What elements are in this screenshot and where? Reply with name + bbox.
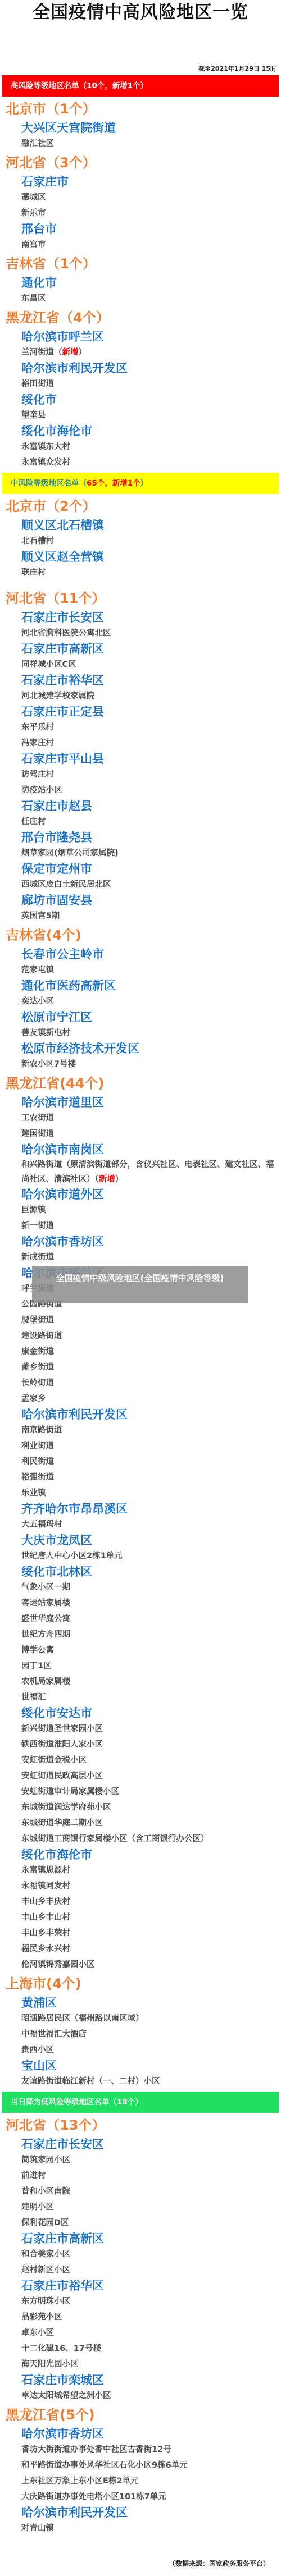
city-heading: 哈尔滨市香坊区 [2, 2426, 279, 2442]
area-item: 香坊大街街道办事处香中社区古香街12号 [2, 2442, 279, 2458]
area-item: 奕达小区 [2, 994, 279, 1009]
city-heading: 石家庄市长安区 [2, 610, 279, 625]
city-heading: 绥化市北林区 [2, 1564, 279, 1580]
area-item: 和兴路街道（原清滨街道部分，含仪兴社区、电表社区、建文社区、福尚社区、清滨社区）… [2, 1157, 279, 1187]
area-item: 腰堡街道 [2, 1312, 279, 1328]
city-heading: 石家庄市正定县 [2, 704, 279, 720]
city-heading: 石家庄市栾城区 [2, 2372, 279, 2388]
area-item: 融汇社区 [2, 136, 279, 152]
mid-risk-count: 65个，新增1个 [87, 479, 140, 488]
area-item: 博学公寓 [2, 1642, 279, 1658]
province-heading: 河北省（13个） [2, 2114, 279, 2136]
area-item: 乐业镇 [2, 1485, 279, 1501]
city-heading: 黄浦区 [2, 1995, 279, 2011]
city-heading: 松原市经济技术开发区 [2, 1041, 279, 1056]
city-heading: 宝山区 [2, 2058, 279, 2074]
city-heading: 邢台市隆尧县 [2, 830, 279, 845]
area-item: 新乐市 [2, 205, 279, 221]
city-heading: 齐齐哈尔市昂昂溪区 [2, 1501, 279, 1517]
province-heading: 河北省（11个） [2, 587, 279, 610]
city-heading: 哈尔滨市香坊区 [2, 1234, 279, 1250]
area-item: 铁西街道淮阳人家小区 [2, 1737, 279, 1753]
area-item: 客运站家属楼 [2, 1595, 279, 1611]
area-item: 兰河街道（新增） [2, 345, 279, 360]
area-item: 园丁1区 [2, 1658, 279, 1674]
area-item: 联庄村 [2, 565, 279, 580]
area-item: 建明小区 [2, 2199, 279, 2215]
city-heading: 顺义区北石槽镇 [2, 518, 279, 533]
new-tag: 新增 [99, 1175, 115, 1184]
area-item: 河北城建学校家属院 [2, 688, 279, 704]
area-item: 冯家庄村 [2, 735, 279, 751]
data-source-note: （数据来源：国家政务服务平台） [2, 2536, 279, 2576]
area-item: 新农小区7号楼 [2, 1056, 279, 1072]
area-item: 永富镇众发村 [2, 455, 279, 470]
area-item: 和平路街道办事处风华社区石化小区9栋6单元 [2, 2458, 279, 2473]
city-heading: 大兴区天宫院街道 [2, 120, 279, 136]
high-risk-banner: 高风险等级地区名单（10个，新增1个） [2, 75, 279, 97]
page-title: 全国疫情中高风险地区一览 [2, 0, 279, 29]
area-item: 西城区庞白土新民居北区 [2, 877, 279, 893]
city-heading: 长春市公主岭市 [2, 946, 279, 962]
area-item: 伦河镇锦秀嘉园小区 [2, 1957, 279, 1973]
area-item: 善友镇新屯村 [2, 1025, 279, 1041]
city-heading: 廊坊市固安县 [2, 893, 279, 908]
area-item: 丰山乡丰山村 [2, 1910, 279, 1925]
city-heading: 大庆市龙凤区 [2, 1532, 279, 1548]
area-item: 和合美家小区 [2, 2246, 279, 2262]
area-item: 永福镇同发村 [2, 1878, 279, 1894]
city-heading: 绥化市安达市 [2, 1705, 279, 1721]
area-item: 安虹街道民政高层小区 [2, 1768, 279, 1784]
city-heading: 通化市医药高新区 [2, 978, 279, 994]
image-caption-overlay: 全国疫情中级风险地区(全国疫情中风险等级) [32, 1266, 248, 1303]
province-heading: 河北省（3个） [2, 152, 279, 174]
area-item: 萧乡街道 [2, 1360, 279, 1375]
city-heading: 保定市定州市 [2, 861, 279, 877]
area-item: 简筑家园小区 [2, 2152, 279, 2168]
city-heading: 松原市宁江区 [2, 1009, 279, 1025]
city-heading: 哈尔滨市利民开发区 [2, 1407, 279, 1422]
area-item: 建设路街道 [2, 1328, 279, 1344]
area-item: 望奎县 [2, 408, 279, 423]
area-item: 东城街道工商银行家属楼小区（含工商银行办公区） [2, 1831, 279, 1847]
city-heading: 石家庄市赵县 [2, 798, 279, 814]
area-item: 东平乐村 [2, 720, 279, 735]
city-heading: 哈尔滨市道外区 [2, 1187, 279, 1202]
area-item: 永富镇思源村 [2, 1863, 279, 1878]
city-heading: 绥化市 [2, 392, 279, 408]
low-risk-list: 河北省（13个）石家庄市长安区简筑家园小区前进村普和小区南院建明小区保利花园D区… [2, 2114, 279, 2536]
area-item: 同祥城小区C区 [2, 657, 279, 672]
area-item: 十二化建16、17号楼 [2, 2341, 279, 2357]
area-item: 裕强街道 [2, 1470, 279, 1485]
area-item: 烟草家园(烟草公司家属院) [2, 845, 279, 861]
area-item: 东方明珠小区 [2, 2294, 279, 2309]
city-heading: 石家庄市 [2, 174, 279, 190]
area-item: 大庆路街道办事处电塔小区101栋7单元 [2, 2489, 279, 2505]
city-heading: 绥化市海伦市 [2, 423, 279, 439]
area-item: 英国宫5期 [2, 908, 279, 924]
province-heading: 北京市（1个） [2, 98, 279, 120]
area-item: 贵西小区 [2, 2042, 279, 2058]
city-heading: 哈尔滨市道里区 [2, 1095, 279, 1110]
area-item: 工农街道 [2, 1110, 279, 1126]
area-item: 裕田街道 [2, 376, 279, 392]
area-item: 友谊路街道临江新村（一、二村）小区 [2, 2074, 279, 2089]
city-heading: 石家庄市平山县 [2, 751, 279, 767]
area-item: 永富镇东大村 [2, 439, 279, 455]
area-item: 前进村 [2, 2168, 279, 2184]
city-heading: 石家庄市裕华区 [2, 2278, 279, 2294]
area-item: 河北省胸科医院公寓北区 [2, 625, 279, 641]
new-tag: 新增 [62, 348, 79, 357]
city-heading: 通化市 [2, 275, 279, 291]
area-item: 任庄村 [2, 814, 279, 830]
city-heading: 顺义区赵全营镇 [2, 549, 279, 565]
area-item: 新一街道 [2, 1218, 279, 1234]
city-heading: 邢台市 [2, 221, 279, 237]
area-item: 保利花园D区 [2, 2215, 279, 2231]
city-heading: 石家庄市高新区 [2, 2231, 279, 2246]
area-item: 新兴街道圣世家园小区 [2, 1721, 279, 1737]
area-item: 南宫市 [2, 237, 279, 253]
low-risk-banner: 当日降为低风险等级地区名单（18个） [2, 2092, 279, 2113]
area-item: 海天阳光园小区 [2, 2357, 279, 2372]
area-item: 晶彩苑小区 [2, 2309, 279, 2325]
high-risk-list: 北京市（1个）大兴区天宫院街道融汇社区河北省（3个）石家庄市藁城区新乐市邢台市南… [2, 98, 279, 470]
area-item: 访驾庄村 [2, 767, 279, 783]
province-heading: 黑龙江省(5个) [2, 2404, 279, 2426]
province-heading: 黑龙江省(44个) [2, 1072, 279, 1095]
area-item: 范家屯镇 [2, 962, 279, 978]
area-item: 对青山镇 [2, 2520, 279, 2536]
city-heading: 石家庄市裕华区 [2, 672, 279, 688]
area-item: 东昌区 [2, 291, 279, 306]
area-item: 世纪方舟四期 [2, 1627, 279, 1642]
as-of-timestamp: 截至2021年1月29日 15时 [2, 29, 279, 75]
city-heading: 石家庄市高新区 [2, 641, 279, 657]
area-item: 盛世华庭公寓 [2, 1611, 279, 1627]
area-item: 气象小区一期 [2, 1580, 279, 1595]
area-item: 长岭街道 [2, 1375, 279, 1391]
risk-list-page: 全国疫情中高风险地区一览 截至2021年1月29日 15时 高风险等级地区名单（… [0, 0, 281, 2576]
area-item: 普和小区南院 [2, 2184, 279, 2199]
area-item: 农机局家属楼 [2, 1674, 279, 1690]
area-item: 福民乡永兴村 [2, 1941, 279, 1957]
area-item: 建国街道 [2, 1126, 279, 1142]
area-item: 安虹街道金税小区 [2, 1753, 279, 1768]
area-item: 卓达太阳城希望之洲小区 [2, 2388, 279, 2404]
area-item: 卓东小区 [2, 2325, 279, 2341]
city-heading: 哈尔滨市南岗区 [2, 1142, 279, 1157]
area-item: 丰山乡丰庆村 [2, 1894, 279, 1910]
area-item: 利民街道 [2, 1454, 279, 1470]
area-item: 东城街道润达学府苑小区 [2, 1800, 279, 1815]
mid-risk-banner: 中风险等级地区名单（65个，新增1个） [2, 473, 279, 494]
city-heading: 哈尔滨市利民开发区 [2, 360, 279, 376]
area-item: 北石槽村 [2, 533, 279, 549]
area-item: 世福汇 [2, 1690, 279, 1705]
area-item: 巨源镇 [2, 1202, 279, 1218]
province-heading: 黑龙江省（4个） [2, 306, 279, 329]
area-item: 孟家乡 [2, 1391, 279, 1407]
area-item: 东城街道华庭二期小区 [2, 1815, 279, 1831]
area-item: 世纪唐人中心小区2栋1单元 [2, 1548, 279, 1564]
area-item: 新成街道 [2, 1250, 279, 1265]
area-item: 防疫站小区 [2, 783, 279, 798]
area-item: 康金街道 [2, 1344, 279, 1360]
area-item: 丰山乡丰荣村 [2, 1925, 279, 1941]
area-item: 安虹街道审计局家属楼小区 [2, 1784, 279, 1800]
city-heading: 哈尔滨市利民开发区 [2, 2505, 279, 2520]
area-item: 南京路街道 [2, 1422, 279, 1438]
area-item: 昭通路居民区（福州路以南区域） [2, 2011, 279, 2026]
city-heading: 绥化市海伦市 [2, 1847, 279, 1863]
area-item: 大五福玛村 [2, 1517, 279, 1532]
area-item: 藁城区 [2, 190, 279, 205]
province-heading: 上海市(4个) [2, 1973, 279, 1995]
area-item: 上东社区万象上东小区E栋2单元 [2, 2473, 279, 2489]
province-heading: 北京市（2个） [2, 495, 279, 518]
area-item: 赵村新区小区 [2, 2262, 279, 2278]
area-item: 利业街道 [2, 1438, 279, 1454]
province-heading: 吉林省（1个） [2, 253, 279, 275]
city-heading: 石家庄市长安区 [2, 2136, 279, 2152]
province-heading: 吉林省(4个) [2, 924, 279, 946]
area-item: 中福世福汇大酒店 [2, 2026, 279, 2042]
city-heading: 哈尔滨市呼兰区 [2, 329, 279, 345]
